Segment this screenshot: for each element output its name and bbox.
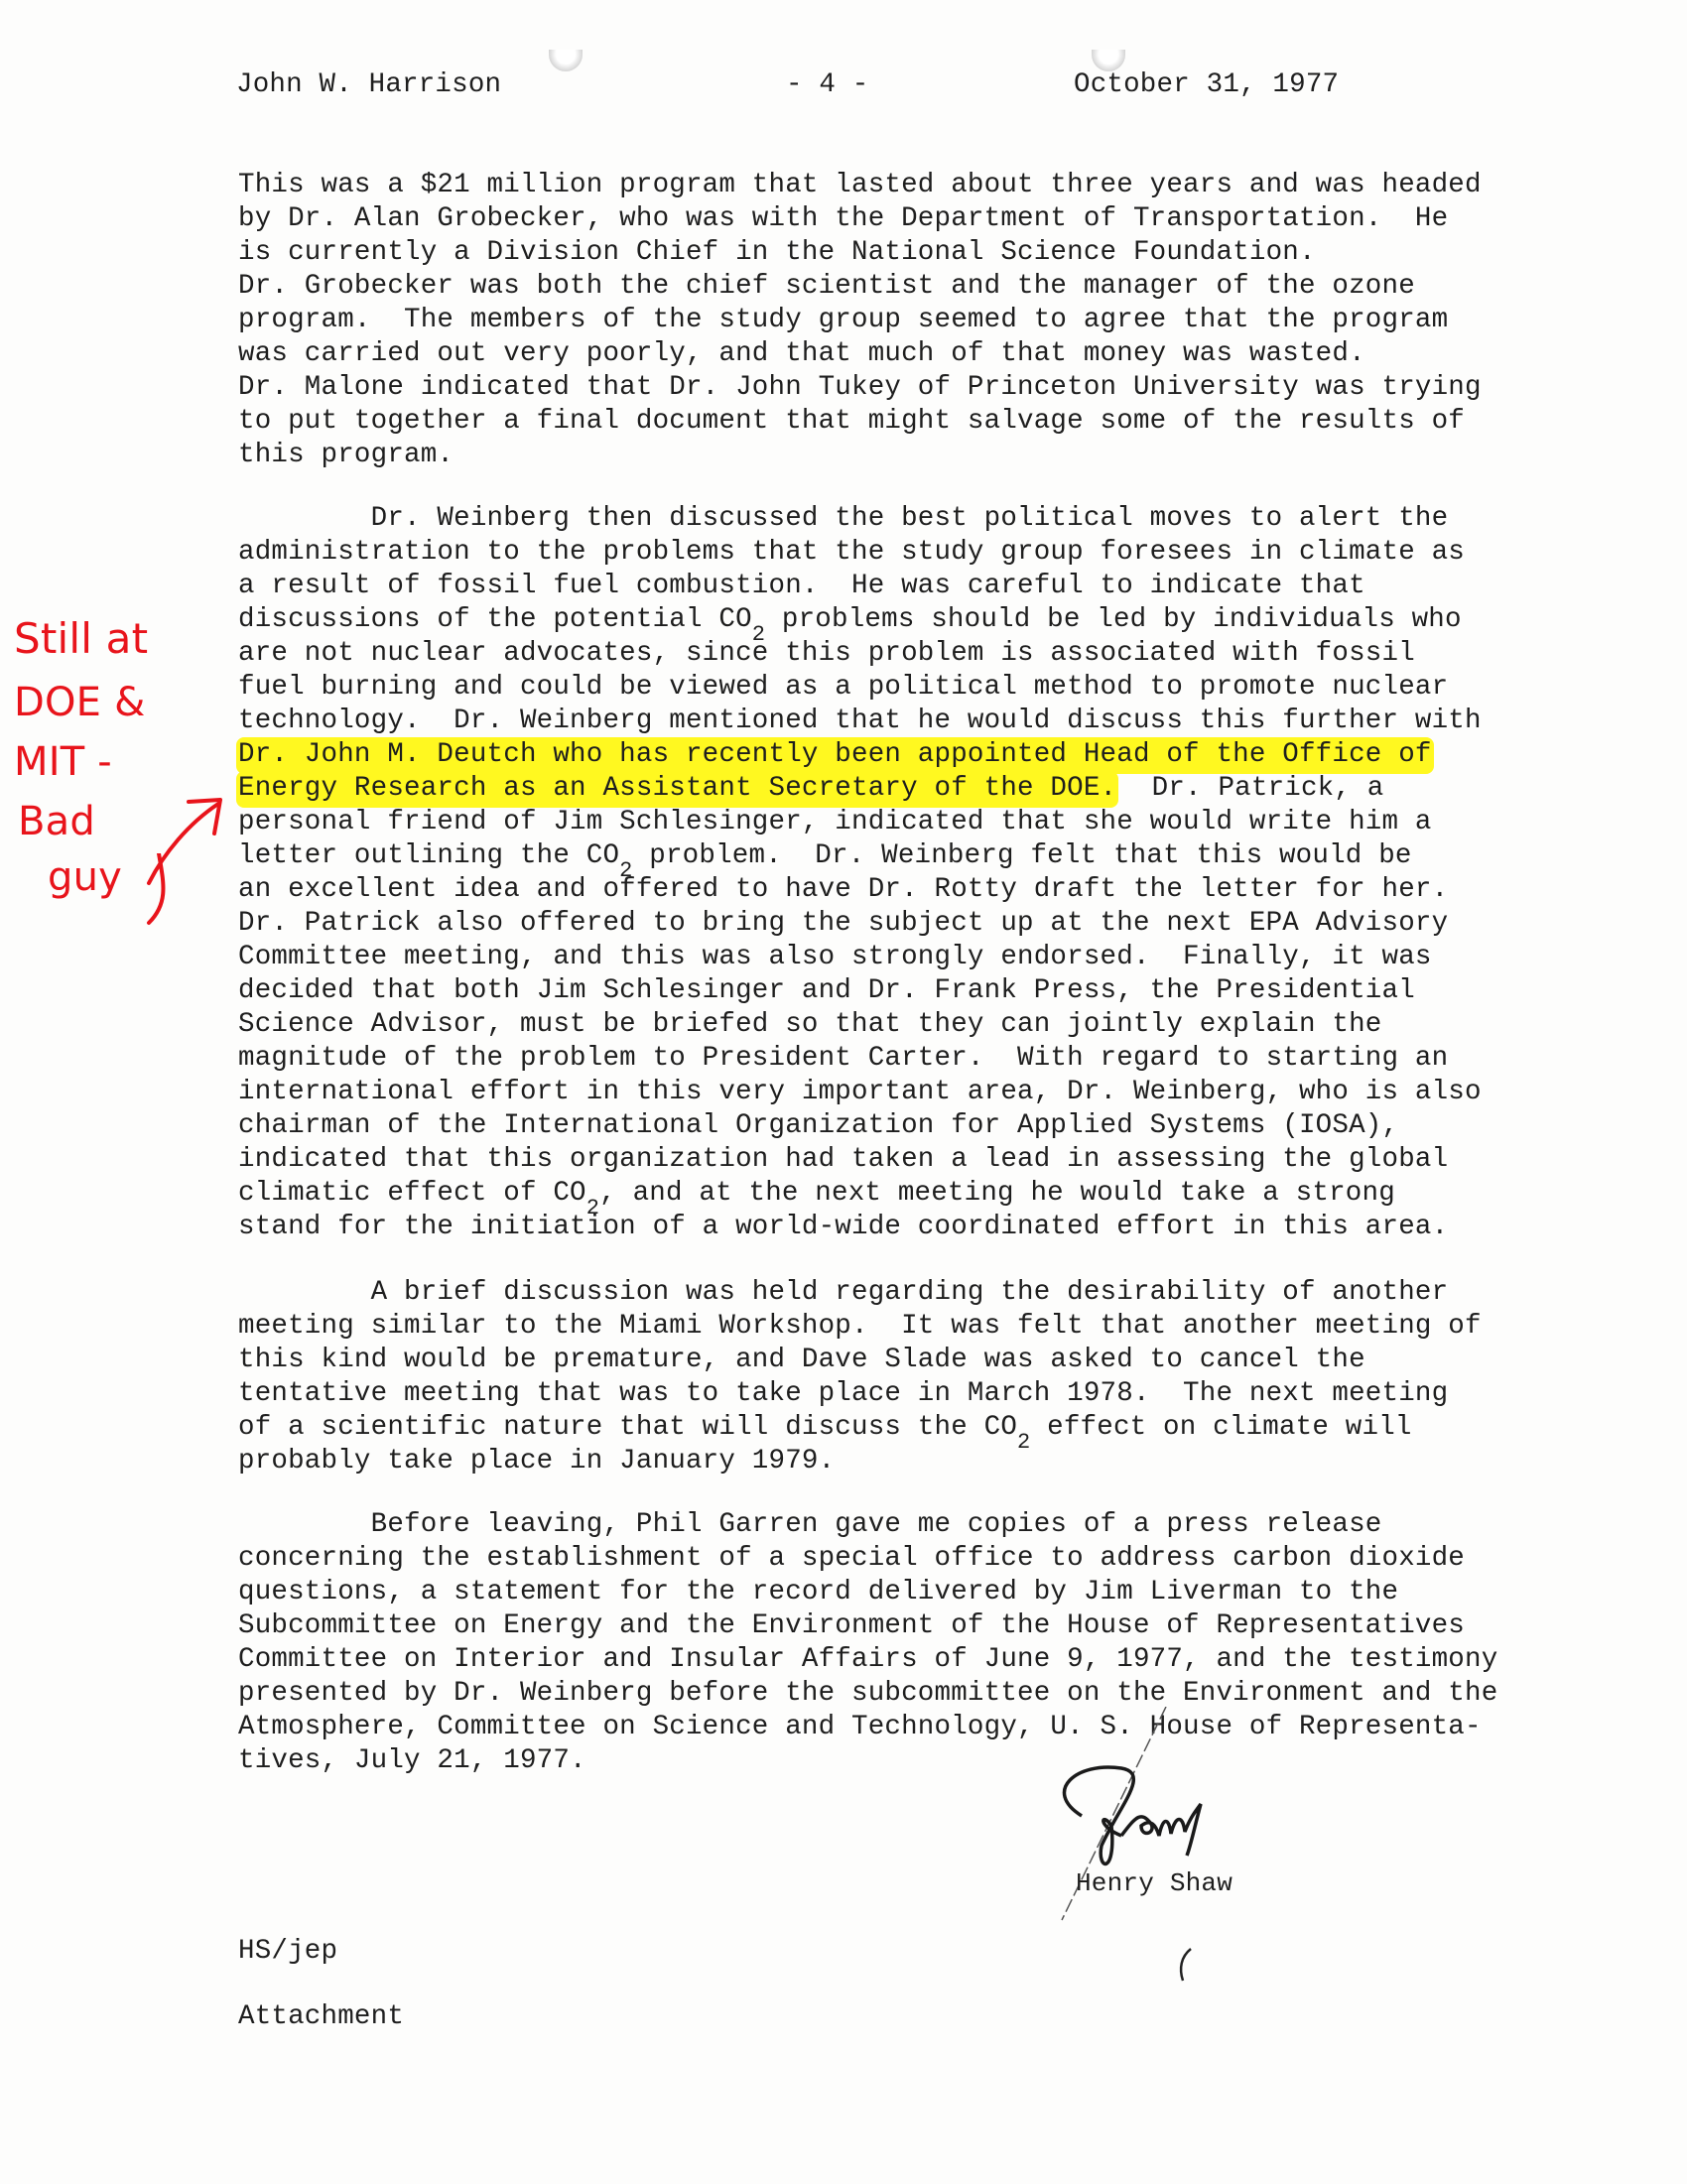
signer-name: Henry Shaw xyxy=(1076,1868,1233,1898)
text-line: discussions of the potential CO2 problem… xyxy=(238,603,1462,637)
subscript: 2 xyxy=(1017,1430,1030,1455)
text-line: of a scientific nature that will discuss… xyxy=(238,1411,1412,1445)
document-page: John W. Harrison - 4 - October 31, 1977 … xyxy=(0,0,1687,2184)
text-line: administration to the problems that the … xyxy=(238,536,1465,570)
text-line: technology. Dr. Weinberg mentioned that … xyxy=(238,705,1482,738)
text-line: Committee on Interior and Insular Affair… xyxy=(238,1643,1497,1677)
text-line: to put together a final document that mi… xyxy=(238,405,1465,439)
highlight: Dr. John M. Deutch who has recently been… xyxy=(236,737,1434,774)
header-recipient: John W. Harrison xyxy=(236,69,501,100)
text-line: Dr. Patrick also offered to bring the su… xyxy=(238,907,1448,941)
pen-mark xyxy=(1171,1945,1201,1985)
text-line: presented by Dr. Weinberg before the sub… xyxy=(238,1677,1497,1711)
annotation-line: Still at xyxy=(14,607,148,671)
text-line: fuel burning and could be viewed as a po… xyxy=(238,671,1448,705)
text-line: decided that both Jim Schlesinger and Dr… xyxy=(238,974,1415,1008)
text-line: this program. xyxy=(238,439,454,472)
typist-initials: HS/jep xyxy=(238,1935,337,1969)
header-page-number: - 4 - xyxy=(786,69,869,100)
text-line: Dr. Malone indicated that Dr. John Tukey… xyxy=(238,371,1482,405)
text-line: was carried out very poorly, and that mu… xyxy=(238,337,1365,371)
text-line: questions, a statement for the record de… xyxy=(238,1576,1398,1609)
header-date: October 31, 1977 xyxy=(1074,69,1339,100)
annotation-line: DOE & xyxy=(14,671,145,734)
text-line: this kind would be premature, and Dave S… xyxy=(238,1344,1365,1377)
punch-hole-right xyxy=(1092,50,1125,71)
text-line: tentative meeting that was to take place… xyxy=(238,1377,1448,1411)
text-line: a result of fossil fuel combustion. He w… xyxy=(238,570,1365,603)
text-line: international effort in this very import… xyxy=(238,1076,1482,1109)
text-line: program. The members of the study group … xyxy=(238,304,1448,337)
annotation-line: Bad xyxy=(18,790,95,853)
text-line: concerning the establishment of a specia… xyxy=(238,1542,1465,1576)
text-line: Dr. Weinberg then discussed the best pol… xyxy=(238,502,1448,536)
text-line: probably take place in January 1979. xyxy=(238,1445,835,1478)
text-line: by Dr. Alan Grobecker, who was with the … xyxy=(238,202,1448,236)
text-line: meeting similar to the Miami Workshop. I… xyxy=(238,1310,1482,1344)
text-line: letter outlining the CO2 problem. Dr. We… xyxy=(238,839,1412,873)
text-line: is currently a Division Chief in the Nat… xyxy=(238,236,1316,270)
text-line: climatic effect of CO2, and at the next … xyxy=(238,1177,1395,1211)
text-line: indicated that this organization had tak… xyxy=(238,1143,1448,1177)
text-line: A brief discussion was held regarding th… xyxy=(238,1276,1448,1310)
text-line: chairman of the International Organizati… xyxy=(238,1109,1398,1143)
text-line: are not nuclear advocates, since this pr… xyxy=(238,637,1415,671)
text-line: Subcommittee on Energy and the Environme… xyxy=(238,1609,1465,1643)
annotation-line: MIT - xyxy=(14,730,112,794)
handwritten-signature xyxy=(1002,1707,1240,1945)
enclosure-note: Attachment xyxy=(238,2000,404,2034)
text-line: Atmosphere, Committee on Science and Tec… xyxy=(238,1711,1482,1744)
text-line: Committee meeting, and this was also str… xyxy=(238,941,1432,974)
text-line: magnitude of the problem to President Ca… xyxy=(238,1042,1448,1076)
text-line: tives, July 21, 1977. xyxy=(238,1744,586,1778)
text-line: an excellent idea and offered to have Dr… xyxy=(238,873,1448,907)
highlight: Energy Research as an Assistant Secretar… xyxy=(236,771,1118,808)
highlighted-line: Dr. John M. Deutch who has recently been… xyxy=(238,738,1434,772)
highlighted-line: Energy Research as an Assistant Secretar… xyxy=(238,772,1384,806)
annotation-underline-stroke xyxy=(139,853,198,933)
text-line: personal friend of Jim Schlesinger, indi… xyxy=(238,806,1432,839)
text-line: stand for the initiation of a world-wide… xyxy=(238,1211,1448,1244)
text-line: Before leaving, Phil Garren gave me copi… xyxy=(238,1508,1382,1542)
text-line: Science Advisor, must be briefed so that… xyxy=(238,1008,1382,1042)
text-line: This was a $21 million program that last… xyxy=(238,169,1482,202)
punch-hole-left xyxy=(549,50,583,71)
text-line: Dr. Grobecker was both the chief scienti… xyxy=(238,270,1415,304)
annotation-line: guy xyxy=(48,845,122,909)
